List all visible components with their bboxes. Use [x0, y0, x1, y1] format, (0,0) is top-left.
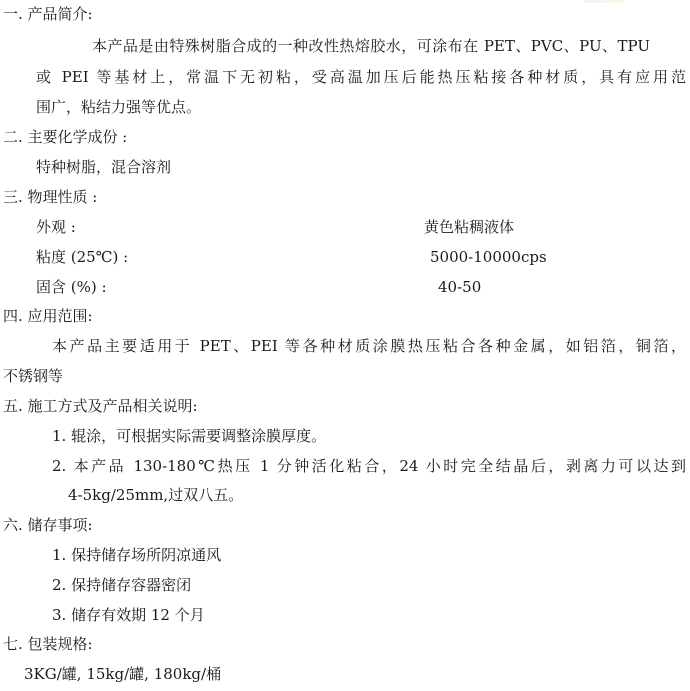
packaging-specification: 3KG/罐, 15kg/罐, 180kg/桶 — [24, 664, 221, 684]
storage-item-1: 1. 保持储存场所阴凉通风 — [52, 545, 221, 565]
property-value-solid-content: 40-50 — [438, 277, 481, 297]
corner-decoration — [584, 0, 624, 3]
section-heading-physical-properties: 三. 物理性质 : — [3, 187, 97, 207]
storage-item-2: 2. 保持储存容器密闭 — [52, 575, 191, 595]
section-heading-packaging: 七. 包装规格: — [3, 634, 93, 654]
method-item-1: 1. 辊涂，可根据实际需要调整涂膜厚度。 — [52, 426, 326, 446]
application-paragraph-line-2: 不锈钢等 — [3, 366, 63, 386]
property-label-appearance: 外观 : — [36, 217, 76, 237]
property-value-viscosity: 5000-10000cps — [430, 247, 547, 267]
section-heading-chemical-composition: 二. 主要化学成份 : — [3, 127, 127, 147]
section-heading-application-method: 五. 施工方式及产品相关说明: — [3, 396, 198, 416]
section-heading-application-scope: 四. 应用范围: — [3, 306, 93, 326]
intro-paragraph-line-2: 或 PEI 等基材上，常温下无初粘，受高温加压后能热压粘接各种材质，具有应用范 — [36, 67, 686, 87]
storage-item-3: 3. 储存有效期 12 个月 — [52, 605, 205, 625]
property-label-viscosity: 粘度 (25℃) : — [36, 247, 128, 267]
section-heading-product-intro: 一. 产品简介: — [3, 4, 93, 24]
intro-paragraph-line-1: 本产品是由特殊树脂合成的一种改性热熔胶水，可涂布在 PET、PVC、PU、TPU — [36, 36, 650, 56]
section-heading-storage: 六. 储存事项: — [3, 515, 93, 535]
property-label-solid-content: 固含 (%) : — [36, 277, 107, 297]
method-item-2-continued: 4-5kg/25mm,过双八五。 — [68, 485, 243, 505]
property-value-appearance: 黄色粘稠液体 — [424, 217, 514, 237]
chemical-composition-text: 特种树脂，混合溶剂 — [36, 157, 171, 177]
method-item-2: 2. 本产品 130-180℃热压 1 分钟活化粘合，24 小时完全结晶后，剥离… — [52, 456, 686, 476]
intro-paragraph-line-3: 围广，粘结力强等优点。 — [36, 97, 686, 117]
application-paragraph-line-1: 本产品主要适用于 PET、PEI 等各种材质涂膜热压粘合各种金属，如铝箔，铜箔， — [52, 336, 686, 356]
